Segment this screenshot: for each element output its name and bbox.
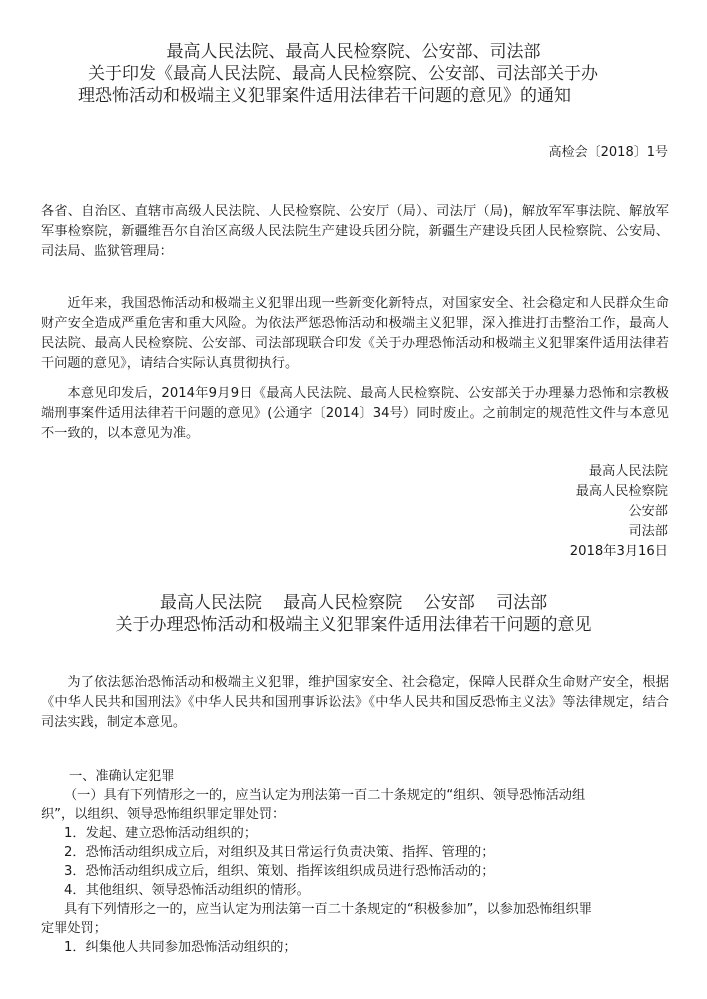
notice-paragraph-2: 本意见印发后，2014年9月9日《最高人民法院、最高人民检察院、公安部关于办理暴… [41,384,669,444]
notice-title-line2: 关于印发《最高人民法院、最高人民检察院、公安部、司法部关于办 [88,63,688,85]
signatory: 司法部 [570,522,668,542]
clause-1-item: 3．恐怖活动组织成立后，组织、策划、指挥该组织成员进行恐怖活动的； [64,862,494,882]
signatory: 最高人民法院 [570,462,668,482]
opinion-preamble: 为了依法惩治恐怖活动和极端主义犯罪，维护国家安全、社会稳定，保障人民群众生命财产… [41,673,669,733]
clause-1-item: 2．恐怖活动组织成立后，对组织及其日常运行负责决策、指挥、管理的； [64,843,494,863]
addressees: 各省、自治区、直辖市高级人民法院、人民检察院、公安厅（局）、司法厅（局)，解放军… [41,202,669,262]
clause-1-line-2: 织”，以组织、领导恐怖组织罪定罪处罚： [41,805,285,825]
notice-title-line1: 最高人民法院、最高人民检察院、公安部、司法部 [0,41,707,63]
issuer: 最高人民检察院 [283,592,402,614]
issuer: 公安部 [424,592,475,614]
notice-title-line3: 理恐怖活动和极端主义犯罪案件适用法律若干问题的意见》的通知 [78,85,688,107]
opinion-issuers: 最高人民法院 最高人民检察院 公安部 司法部 [0,592,707,614]
document-number: 高检会〔2018〕1号 [549,144,668,162]
issuer: 最高人民法院 [160,592,262,614]
clause-1-item: 4．其他组织、领导恐怖活动组织的情形。 [64,881,310,901]
clause-1-line-1: （一）具有下列情形之一的，应当认定为刑法第一百二十条规定的“组织、领导恐怖活动组 [64,786,585,806]
signature-date: 2018年3月16日 [570,542,668,562]
signatories: 最高人民法院 最高人民检察院 公安部 司法部 2018年3月16日 [570,462,668,562]
signatory: 公安部 [570,502,668,522]
notice-paragraph-1: 近年来，我国恐怖活动和极端主义犯罪出现一些新变化新特点，对国家安全、社会稳定和人… [41,294,669,374]
issuer: 司法部 [496,592,547,614]
section-heading: 一、准确认定犯罪 [69,767,175,787]
clause-2-line-2: 定罪处罚； [41,919,107,939]
clause-2-item: 1．纠集他人共同参加恐怖活动组织的； [64,938,297,958]
opinion-title: 关于办理恐怖活动和极端主义犯罪案件适用法律若干问题的意见 [0,614,707,636]
signatory: 最高人民检察院 [570,482,668,502]
clause-1-item: 1．发起、建立恐怖活动组织的； [64,824,257,844]
clause-2-line-1: 具有下列情形之一的，应当认定为刑法第一百二十条规定的“积极参加”，以参加恐怖组织… [64,900,592,920]
